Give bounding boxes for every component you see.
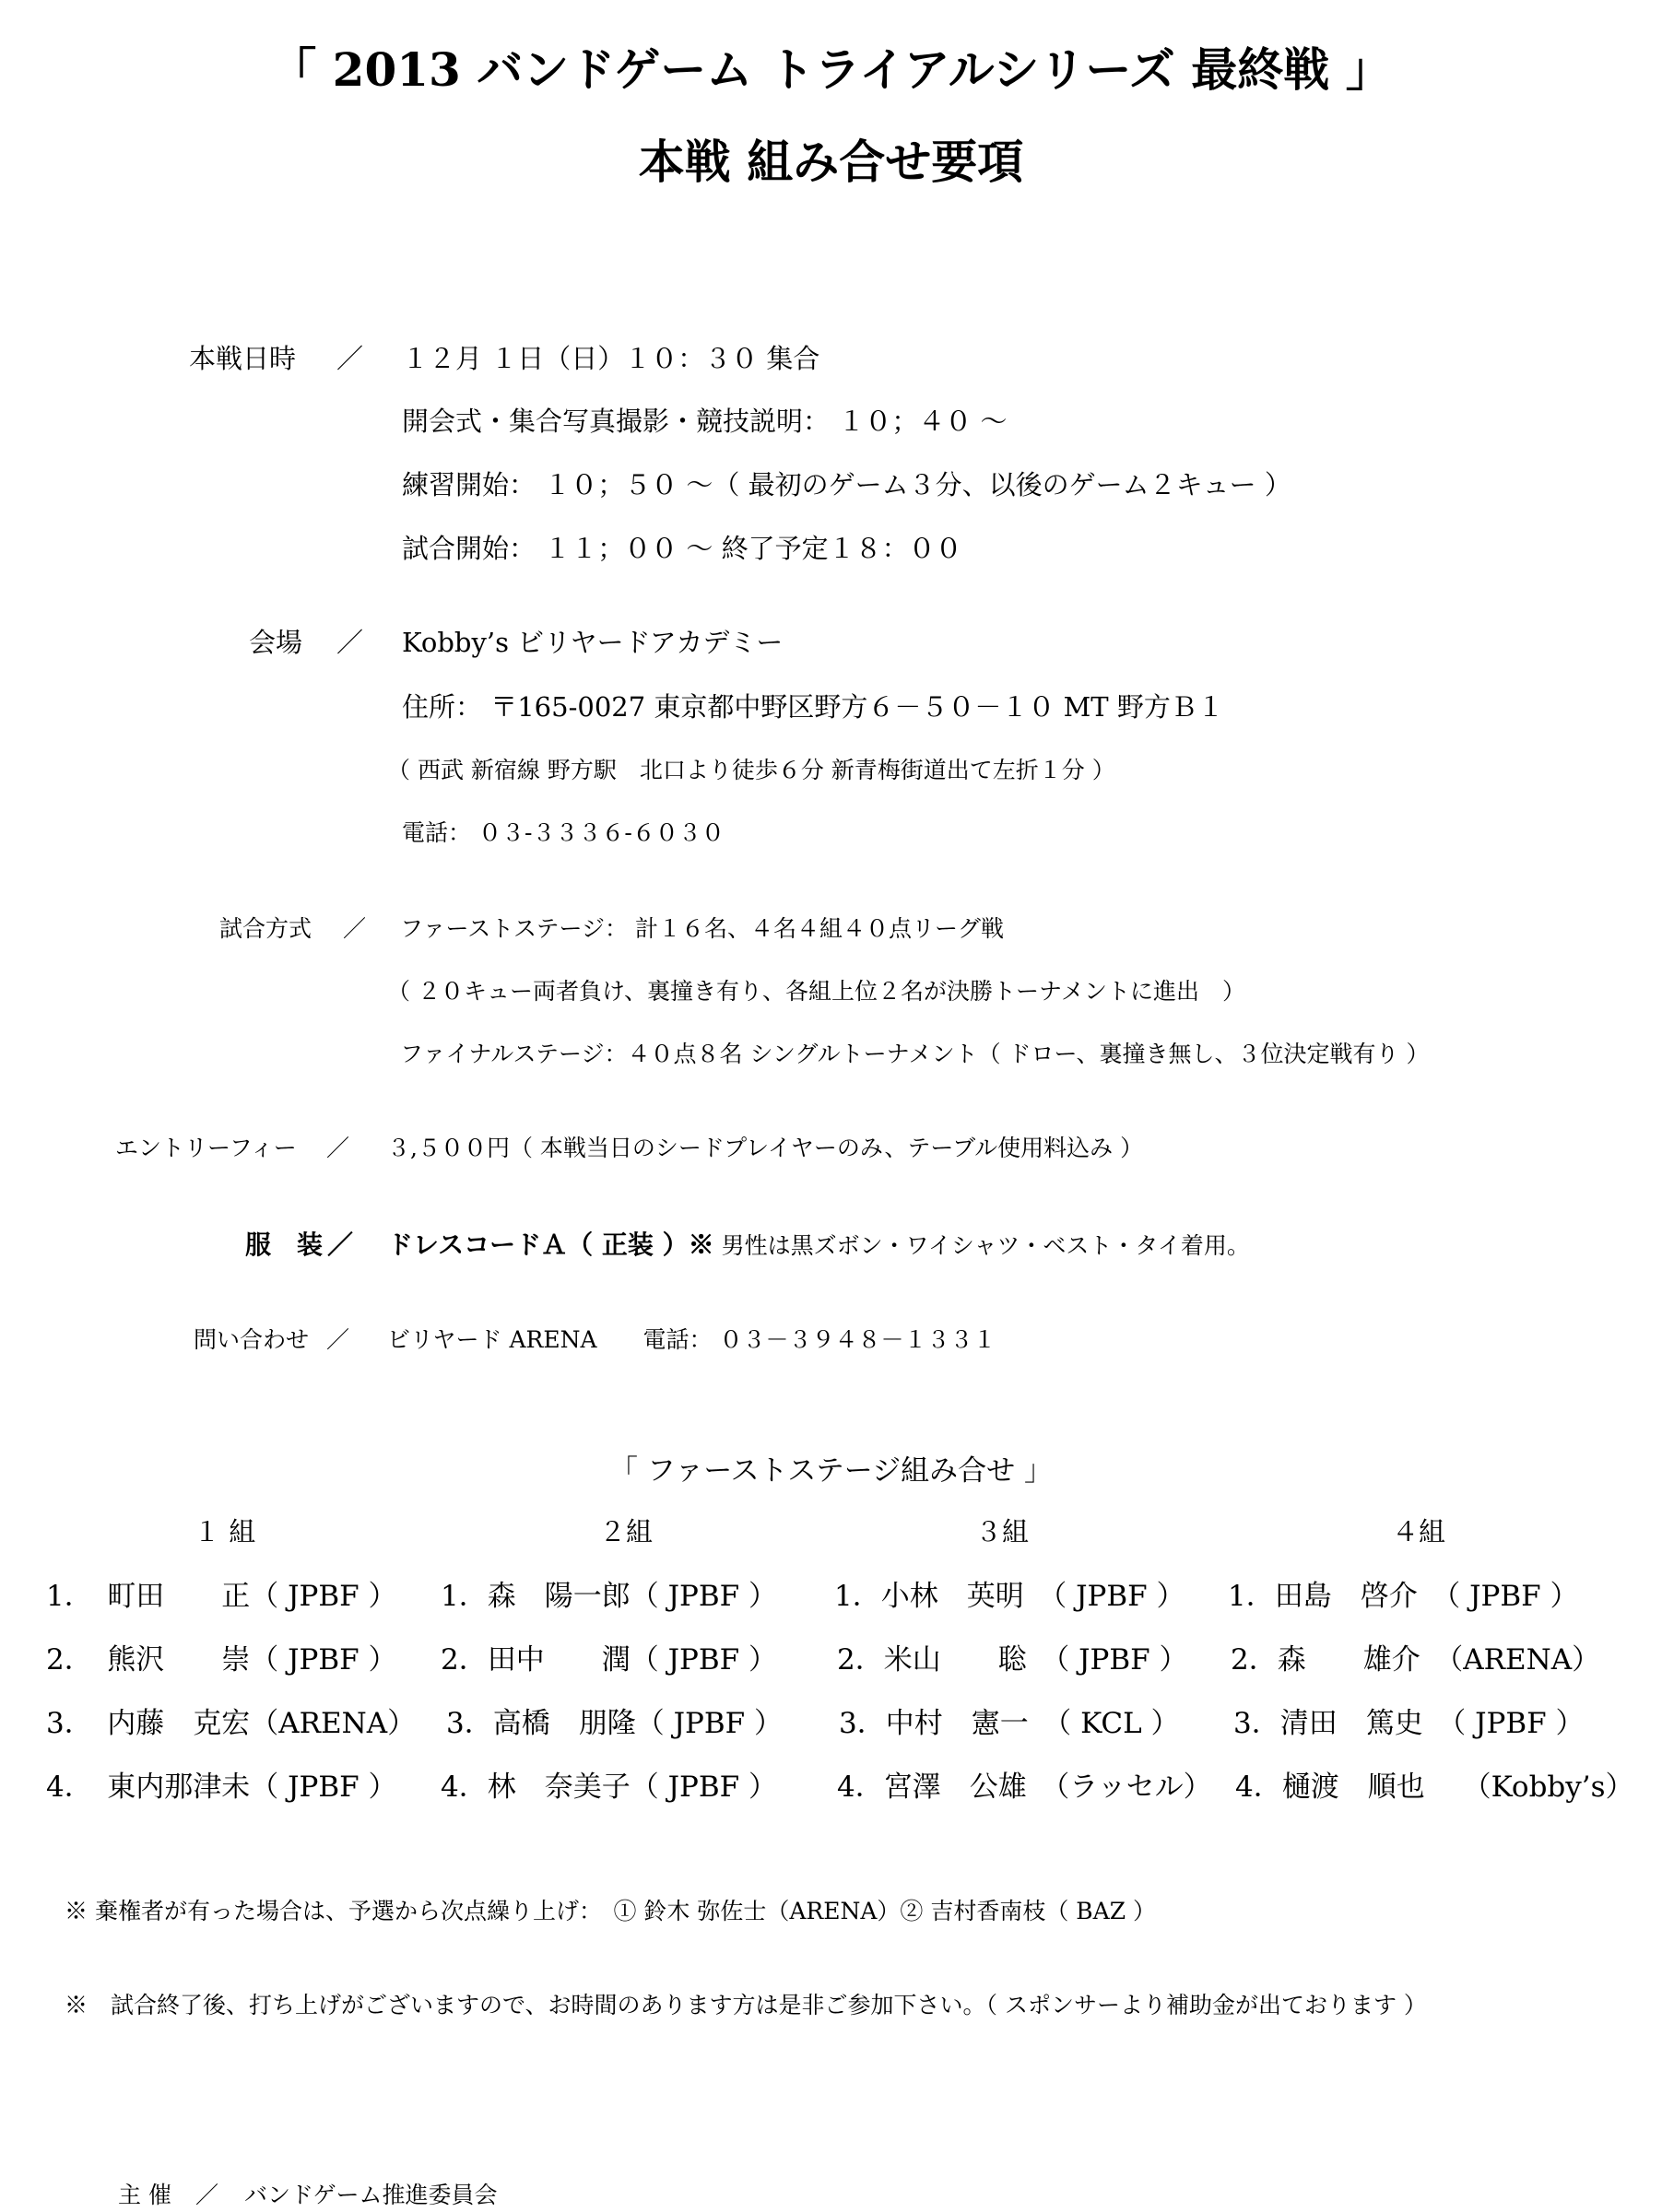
venue-address: 住所： 〒165-0027 東京都中野区野方６－５０－１０ MT 野方Ｂ１ bbox=[402, 691, 1224, 723]
player-entry: 2．森 雄介 （ARENA） bbox=[1231, 1643, 1600, 1677]
schedule-line: 練習開始： １０；５０ ～（ 最初のゲーム３分、以後のゲーム２キュー ） bbox=[402, 469, 1291, 500]
venue-separator: ／ bbox=[336, 627, 363, 658]
dress-separator: ／ bbox=[327, 1230, 353, 1261]
group-header: ３組 bbox=[975, 1512, 1029, 1549]
schedule-line: １２月 １日（日）１０：３０ 集合 bbox=[402, 343, 819, 374]
contact-value: ビリヤード ARENA 電話： ０３－３９４８－１３３１ bbox=[387, 1325, 996, 1355]
organizer-value: バンドゲーム推進委員会 bbox=[244, 2181, 498, 2210]
note-after-party: ※ 試合終了後、打ち上げがございますので、お時間のあります方は是非ご参加下さい。… bbox=[65, 1991, 1427, 2020]
schedule-line: 試合開始： １１；００ ～ 終了予定１８：００ bbox=[402, 533, 962, 564]
group-header: １ 組 bbox=[194, 1512, 255, 1549]
organizer-label: 主 催 bbox=[118, 2181, 171, 2210]
dress-code: ドレスコードＡ（ 正装 ）※ bbox=[387, 1230, 714, 1260]
player-entry: 3．中村 憲一 （ KCL ） bbox=[839, 1707, 1180, 1740]
dress-label: 服 装 bbox=[245, 1230, 323, 1261]
player-entry: 4．林 奈美子（ JPBF ） bbox=[441, 1771, 777, 1804]
player-entry: 2．米山 聡 （ JPBF ） bbox=[837, 1643, 1188, 1677]
format-separator: ／ bbox=[343, 914, 366, 944]
schedule-separator: ／ bbox=[336, 343, 363, 374]
entry-fee-value: ３,５００円（ 本戦当日のシードプレイヤーのみ、テーブル使用料込み ） bbox=[387, 1134, 1143, 1163]
document-title: 「 2013 バンドゲーム トライアルシリーズ 最終戦 」 bbox=[0, 33, 1662, 100]
player-entry: 2．田中 潤（ JPBF ） bbox=[441, 1643, 777, 1677]
player-entry: 2． 熊沢 崇（ JPBF ） bbox=[46, 1643, 397, 1677]
first-stage-title: 「 ファーストステージ組み合せ 」 bbox=[0, 1447, 1662, 1488]
group-header: ４組 bbox=[1392, 1512, 1445, 1549]
group-header: ２組 bbox=[599, 1512, 653, 1549]
entry-fee-label: エントリーフィー bbox=[115, 1134, 297, 1163]
contact-separator: ／ bbox=[326, 1325, 349, 1355]
venue-phone: 電話： ０３-３３３６-６０３０ bbox=[402, 818, 725, 848]
schedule-label: 本戦日時 bbox=[189, 343, 296, 374]
dress-description: 男性は黒ズボン・ワイシャツ・ベスト・タイ着用。 bbox=[714, 1232, 1250, 1259]
format-line: ファーストステージ： 計１６名、４名４組４０点リーグ戦 bbox=[400, 914, 1004, 944]
player-entry: 3． 内藤 克宏（ARENA） bbox=[46, 1707, 416, 1740]
player-entry: 4．樋渡 順也 （Kobby’s） bbox=[1235, 1771, 1634, 1804]
player-entry: 1．森 陽一郎（ JPBF ） bbox=[441, 1580, 777, 1613]
player-entry: 3．高橋 朋隆（ JPBF ） bbox=[446, 1707, 783, 1740]
venue-label: 会場 bbox=[249, 627, 302, 658]
schedule-line: 開会式・集合写真撮影・競技説明： １０；４０ ～ bbox=[402, 406, 1007, 437]
dress-value: ドレスコードＡ（ 正装 ）※ 男性は黒ズボン・ワイシャツ・ベスト・タイ着用。 bbox=[387, 1230, 1250, 1262]
player-entry: 4．宮澤 公雄 （ラッセル） bbox=[837, 1771, 1212, 1804]
venue-access: （ 西武 新宿線 野方駅 北口より徒歩６分 新青梅街道出て左折１分 ） bbox=[387, 756, 1115, 785]
entry-fee-separator: ／ bbox=[326, 1134, 349, 1163]
format-line: （ ２０キュー両者負け、裏撞き有り、各組上位２名が決勝トーナメントに進出 ） bbox=[387, 977, 1245, 1006]
organizer-separator: ／ bbox=[195, 2181, 218, 2210]
note-withdrawal: ※ 棄権者が有った場合は、予選から次点繰り上げ： ① 鈴木 弥佐士（ARENA）… bbox=[65, 1897, 1156, 1926]
player-entry: 1．小林 英明 （ JPBF ） bbox=[834, 1580, 1185, 1613]
venue-name: Kobby’s ビリヤードアカデミー bbox=[402, 627, 783, 658]
format-label: 試合方式 bbox=[219, 914, 312, 944]
player-entry: 3．清田 篤史 （ JPBF ） bbox=[1233, 1707, 1585, 1740]
player-entry: 1．田島 啓介 （ JPBF ） bbox=[1228, 1580, 1579, 1613]
format-line: ファイナルステージ：４０点８名 シングルトーナメント（ ドロー、裏撞き無し、３位… bbox=[400, 1040, 1429, 1069]
contact-label: 問い合わせ bbox=[194, 1325, 309, 1355]
player-entry: 4． 東内那津未（ JPBF ） bbox=[46, 1771, 397, 1804]
document-subtitle: 本戦 組み合せ要項 bbox=[0, 125, 1662, 192]
player-entry: 1． 町田 正（ JPBF ） bbox=[46, 1580, 397, 1613]
